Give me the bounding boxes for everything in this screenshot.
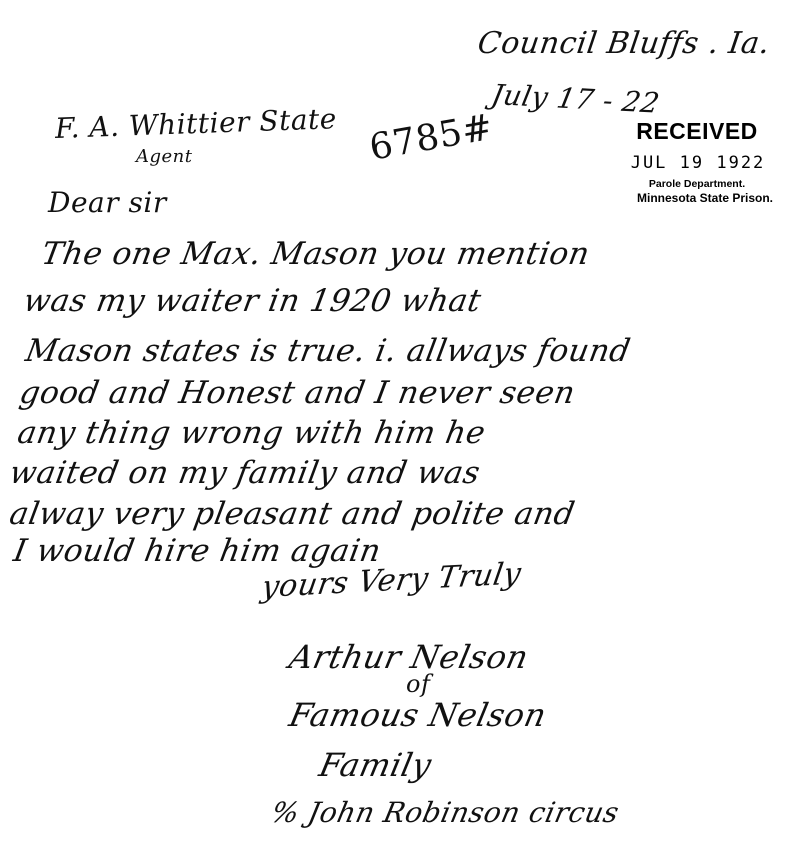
body-line: good and Honest and I never seen xyxy=(17,375,578,411)
stamp-title: RECEIVED xyxy=(594,118,800,145)
letter-place: Council Bluffs . Ia. xyxy=(476,26,773,61)
body-line: waited on my family and was xyxy=(7,455,483,491)
signature-family-name: Famous Nelson xyxy=(286,696,550,734)
body-line: The one Max. Mason you mention xyxy=(39,236,593,272)
letter-salutation: Dear sir xyxy=(48,186,167,219)
letter-addressee-title: Agent xyxy=(136,146,193,167)
body-line: Mason states is true. i. allways found xyxy=(23,333,633,369)
received-stamp: RECEIVED JUL 19 1922 Parole Department. … xyxy=(604,118,800,205)
stamp-department: Parole Department. xyxy=(594,178,800,190)
signature-of: of xyxy=(406,670,430,698)
signature-family: Family xyxy=(316,746,435,784)
stamp-institution: Minnesota State Prison. xyxy=(610,191,800,205)
reference-number: 6785# xyxy=(366,107,496,169)
letter-date: July 17 - 22 xyxy=(489,78,663,119)
letter-addressee: F. A. Whittier State xyxy=(54,102,337,145)
body-line: any thing wrong with him he xyxy=(15,415,489,451)
body-line: alway very pleasant and polite and xyxy=(7,496,578,532)
body-line: was my waiter in 1920 what xyxy=(21,283,484,319)
stamp-date: JUL 19 1922 xyxy=(596,153,800,173)
letter-page: Council Bluffs . Ia. July 17 - 22 F. A. … xyxy=(0,0,800,866)
signature-care-of: % John Robinson circus xyxy=(268,796,622,829)
body-line: I would hire him again xyxy=(11,533,384,569)
